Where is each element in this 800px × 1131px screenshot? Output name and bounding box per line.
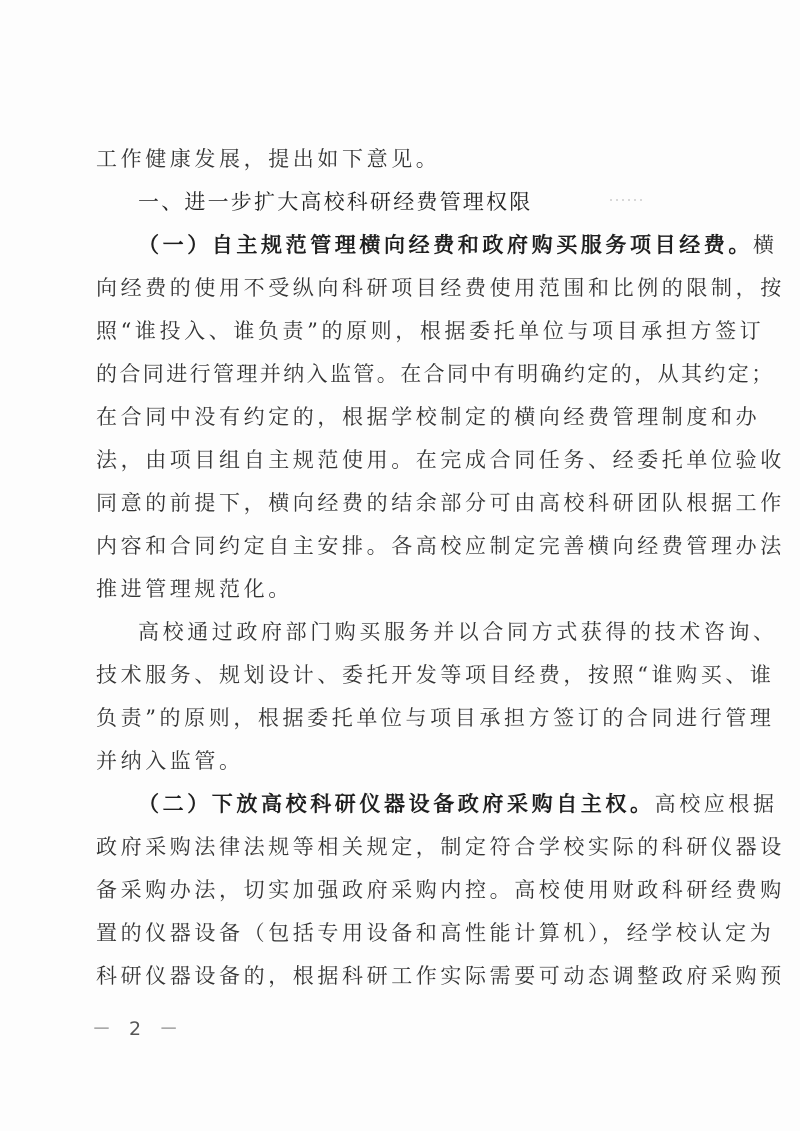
text-fragment: 高校应根据 bbox=[655, 792, 778, 816]
text-fragment: 横 bbox=[753, 233, 778, 257]
text-line: 并纳入监管。 bbox=[96, 749, 706, 775]
text-line: 推进管理规范化。 bbox=[96, 577, 706, 603]
text-line: 负责”的原则，根据委托单位与项目承担方签订的合同进行管理 bbox=[96, 706, 706, 732]
text-line: 高校通过政府部门购买服务并以合同方式获得的技术咨询、 bbox=[138, 620, 708, 646]
text-line: 照“谁投入、谁负责”的原则，根据委托单位与项目承担方签订 bbox=[96, 319, 706, 345]
subsection-heading-line: （二）下放高校科研仪器设备政府采购自主权。高校应根据 bbox=[138, 792, 748, 818]
text-line: 工作健康发展，提出如下意见。 bbox=[96, 147, 706, 173]
subsection-heading: （一）自主规范管理横向经费和政府购买服务项目经费。 bbox=[138, 232, 753, 257]
subsection-heading-line: （一）自主规范管理横向经费和政府购买服务项目经费。横 bbox=[138, 233, 748, 259]
text-line: 向经费的使用不受纵向科研项目经费使用范围和比例的限制，按 bbox=[96, 276, 706, 302]
document-page: 工作健康发展，提出如下意见。 一、进一步扩大高校科研经费管理权限 （一）自主规范… bbox=[0, 0, 800, 1131]
text-line: 法，由项目组自主规范使用。在完成合同任务、经委托单位验收 bbox=[96, 448, 706, 474]
text-line: 技术服务、规划设计、委托开发等项目经费，按照“谁购买、谁 bbox=[96, 663, 706, 689]
text-line: 内容和合同约定自主安排。各高校应制定完善横向经费管理办法 bbox=[96, 534, 706, 560]
text-line: 科研仪器设备的，根据科研工作实际需要可动态调整政府采购预 bbox=[96, 964, 706, 990]
text-line: 在合同中没有约定的，根据学校制定的横向经费管理制度和办 bbox=[96, 405, 706, 431]
text-line: 政府采购法律法规等相关规定，制定符合学校实际的科研仪器设 bbox=[96, 835, 706, 861]
text-line: 同意的前提下，横向经费的结余部分可由高校科研团队根据工作 bbox=[96, 491, 706, 517]
text-line: 的合同进行管理并纳入监管。在合同中有明确约定的，从其约定； bbox=[96, 362, 706, 388]
page-number: － 2 － bbox=[92, 1014, 184, 1041]
text-line: 置的仪器设备（包括专用设备和高性能计算机），经学校认定为 bbox=[96, 921, 706, 947]
scan-artifact bbox=[610, 199, 646, 201]
text-line: 备采购办法，切实加强政府采购内控。高校使用财政科研经费购 bbox=[96, 878, 706, 904]
subsection-heading: （二）下放高校科研仪器设备政府采购自主权。 bbox=[138, 791, 655, 816]
section-heading: 一、进一步扩大高校科研经费管理权限 bbox=[138, 190, 748, 216]
